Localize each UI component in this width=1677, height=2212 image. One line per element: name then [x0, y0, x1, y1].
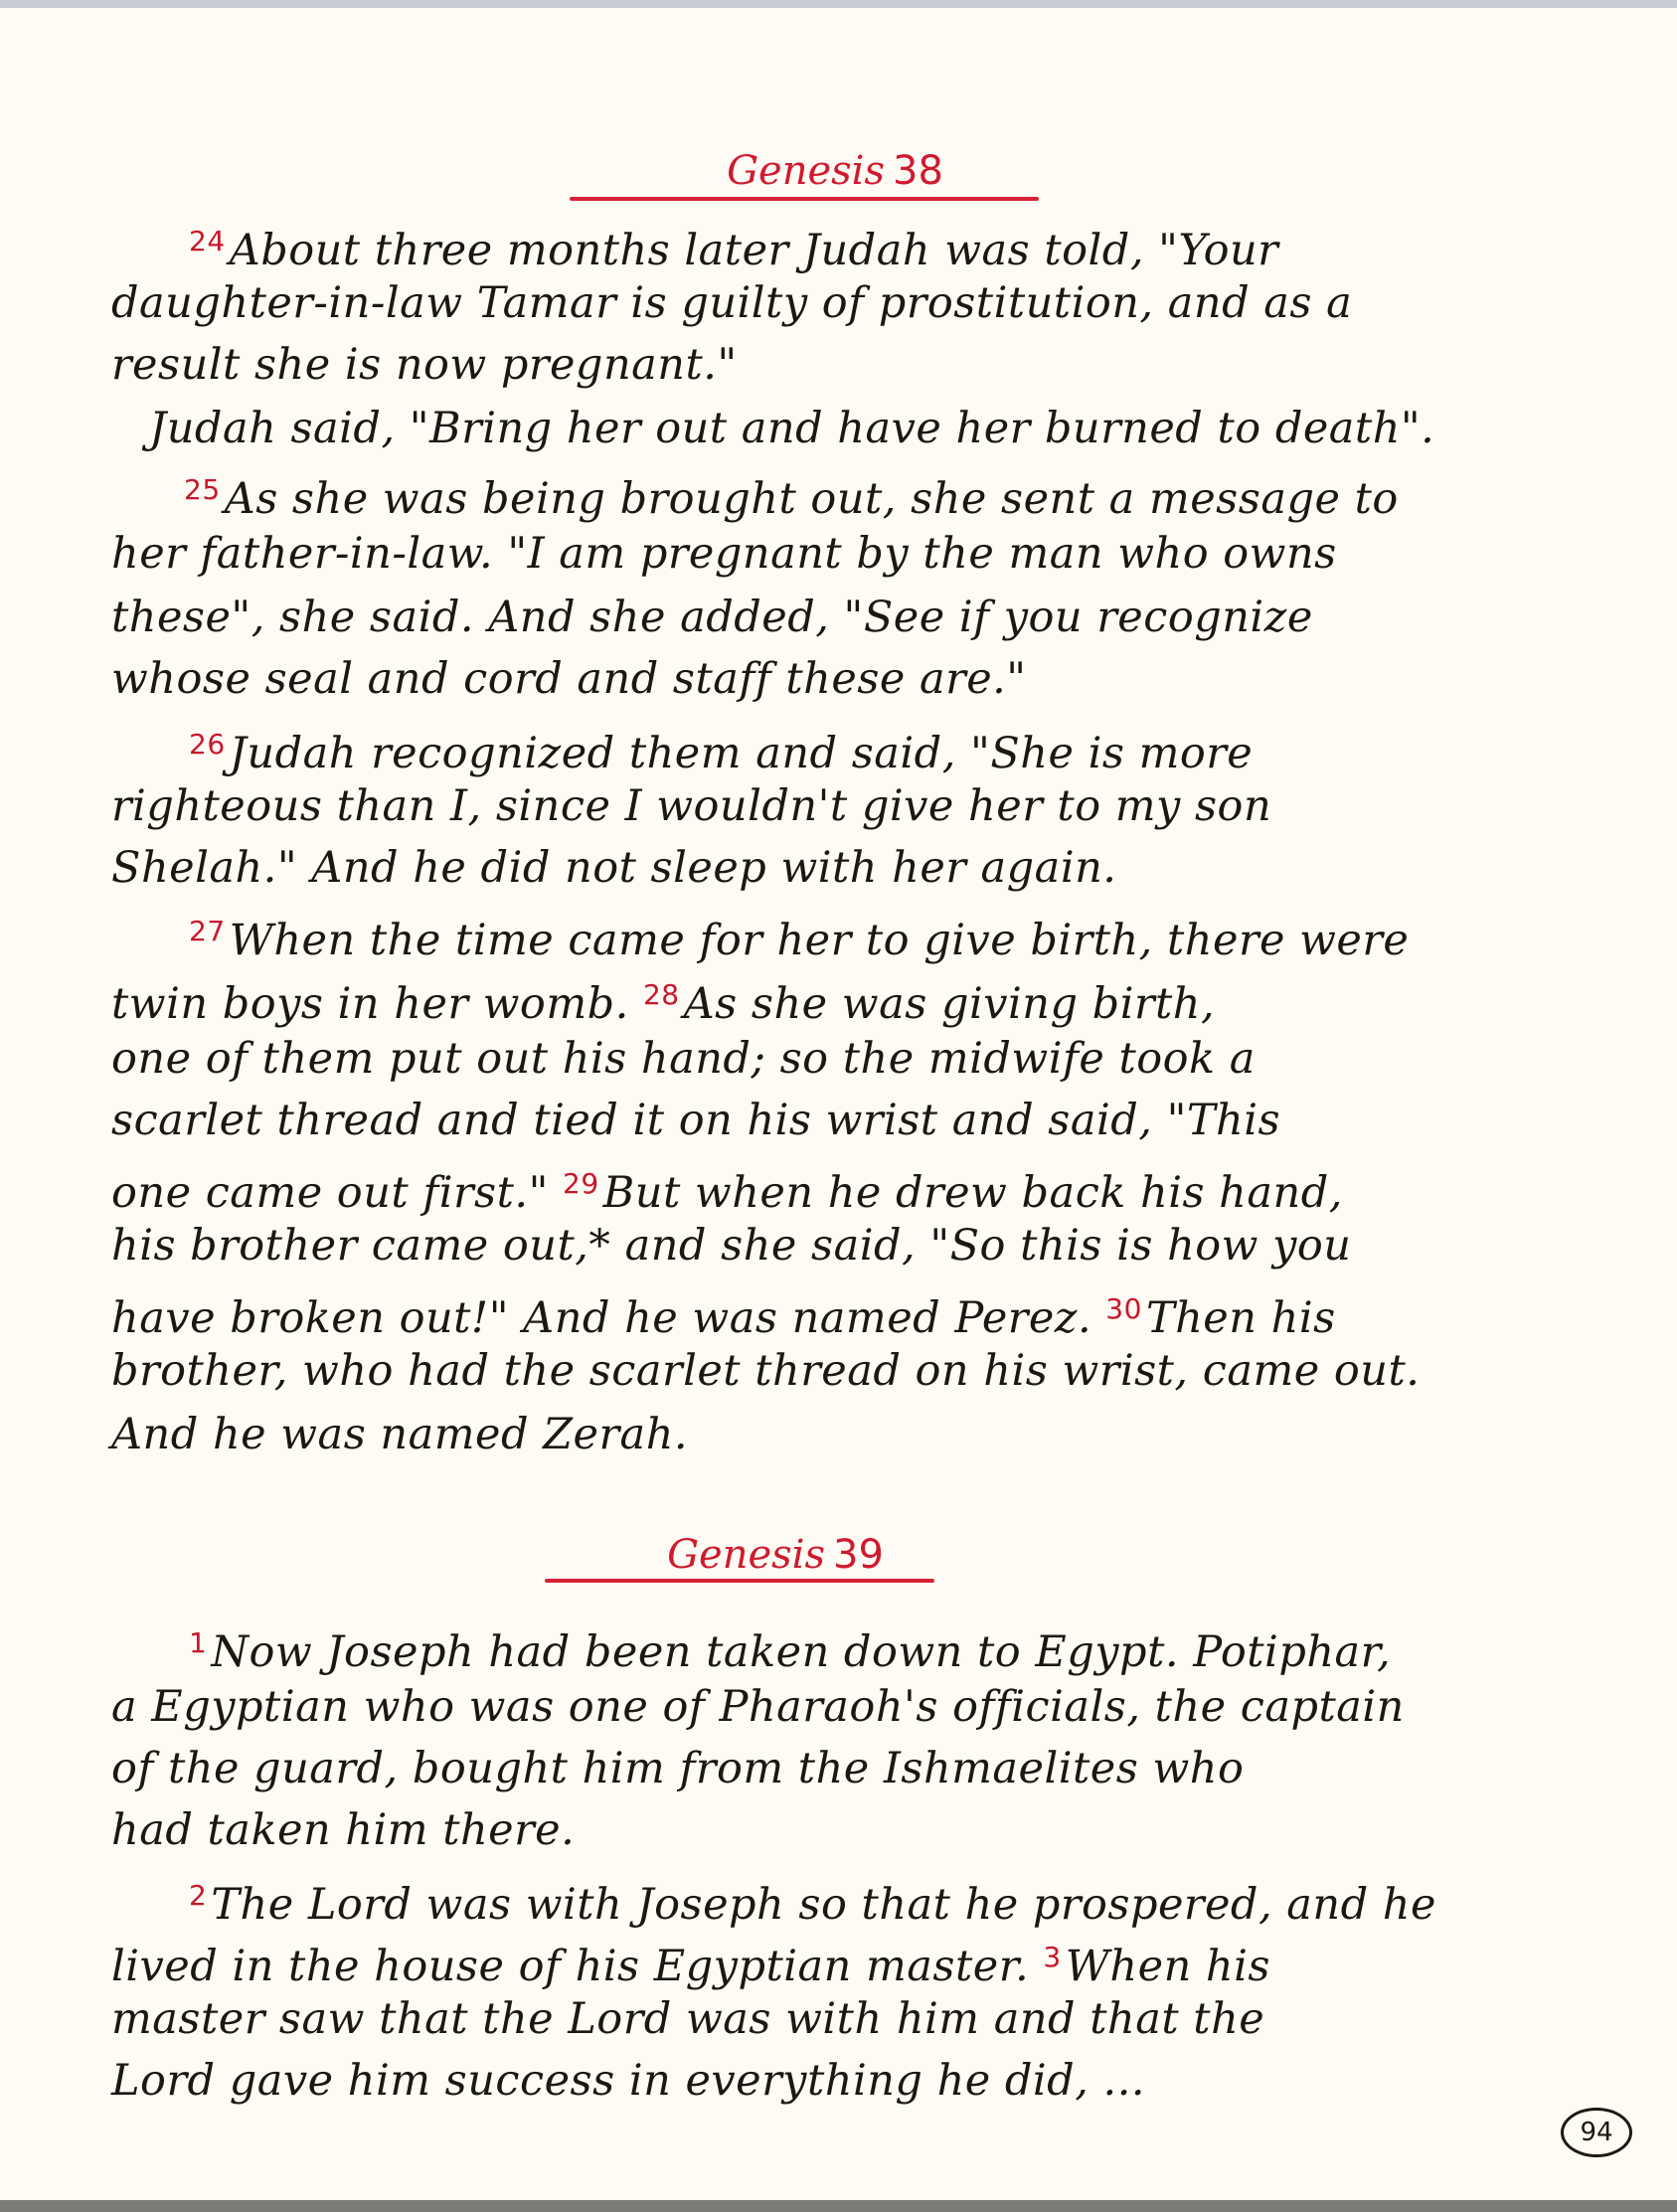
text-line: master saw that the Lord was with him an… [111, 1988, 1583, 2050]
heading-book: Genesis [727, 148, 885, 194]
text-line: whose seal and cord and staff these are.… [111, 648, 1583, 710]
heading-chapter: 38 [893, 148, 943, 194]
text-line: her father-in-law. "I am pregnant by the… [111, 523, 1583, 585]
verse-text: brother, who had the scarlet thread on h… [111, 1346, 1420, 1396]
text-line: result she is now pregnant." [111, 334, 1583, 396]
verse-text: righteous than I, since I wouldn't give … [111, 781, 1271, 831]
heading-chapter: 39 [833, 1532, 884, 1578]
text-line: one of them put out his hand; so the mid… [111, 1028, 1583, 1090]
verse-text: these", she said. And she added, "See if… [111, 593, 1313, 642]
verse-text: master saw that the Lord was with him an… [111, 1994, 1264, 2044]
verse-text: Judah said, "Bring her out and have her … [149, 404, 1434, 453]
verse-text: Then his [1146, 1293, 1336, 1343]
verse-text: When the time came for her to give birth… [230, 916, 1410, 965]
text-line: 24About three months later Judah was tol… [189, 211, 1660, 281]
verse-text: Now Joseph had been taken down to Egypt.… [211, 1627, 1391, 1677]
verse-number: 3 [1043, 1941, 1061, 1973]
verse-text: As she was being brought out, she sent a… [225, 474, 1399, 524]
verse-text: And he was named Zerah. [111, 1410, 688, 1459]
verse-text: daughter-in-law Tamar is guilty of prost… [111, 278, 1352, 328]
text-line: 25As she was being brought out, she sent… [184, 459, 1655, 530]
handwritten-page: Genesis38 24About three months later Jud… [0, 0, 1677, 2212]
verse-text: of the guard, bought him from the Ishmae… [111, 1744, 1244, 1793]
verse-number: 25 [184, 473, 221, 506]
text-line: righteous than I, since I wouldn't give … [111, 775, 1583, 837]
heading-underline [570, 197, 1039, 201]
scan-bottom-edge [0, 2200, 1677, 2212]
chapter-heading-genesis-38: Genesis38 [557, 147, 1113, 195]
verse-number: 2 [189, 1879, 207, 1912]
text-line: of the guard, bought him from the Ishmae… [111, 1738, 1583, 1799]
text-line: had taken him there. [111, 1799, 1583, 1861]
text-line: twin boys in her womb. 28As she was givi… [111, 964, 1583, 1035]
text-line: scarlet thread and tied it on his wrist … [111, 1090, 1583, 1151]
text-line: have broken out!" And he was named Perez… [111, 1278, 1583, 1349]
verse-number: 26 [189, 728, 226, 761]
verse-text: As she was giving birth, [684, 979, 1216, 1029]
verse-number: 30 [1105, 1292, 1142, 1325]
chapter-heading-genesis-39: Genesis39 [537, 1531, 1014, 1579]
verse-text: twin boys in her womb. [111, 979, 629, 1029]
verse-text: Lord gave him success in everything he d… [111, 2056, 1145, 2106]
text-line: his brother came out,* and she said, "So… [111, 1215, 1583, 1276]
verse-text: her father-in-law. "I am pregnant by the… [111, 529, 1337, 579]
page-number: 94 [1561, 2108, 1632, 2157]
text-line: Shelah." And he did not sleep with her a… [111, 837, 1583, 899]
verse-text: When his [1066, 1942, 1270, 1991]
text-line: 2The Lord was with Joseph so that he pro… [189, 1865, 1660, 1936]
text-line: 1Now Joseph had been taken down to Egypt… [189, 1613, 1660, 1683]
verse-text: one came out first." [111, 1168, 549, 1218]
text-line: 26Judah recognized them and said, "She i… [189, 714, 1660, 784]
text-line: Judah said, "Bring her out and have her … [149, 398, 1620, 459]
heading-book: Genesis [667, 1532, 825, 1578]
verse-number: 29 [563, 1167, 599, 1200]
verse-text: lived in the house of his Egyptian maste… [111, 1942, 1029, 1991]
verse-text: one of them put out his hand; so the mid… [111, 1034, 1256, 1084]
verse-number: 28 [643, 978, 680, 1011]
verse-number: 27 [189, 915, 226, 947]
verse-text: had taken him there. [111, 1805, 575, 1855]
verse-number: 24 [189, 225, 226, 257]
heading-underline [545, 1579, 934, 1583]
verse-text: whose seal and cord and staff these are.… [111, 654, 1027, 704]
text-line: a Egyptian who was one of Pharaoh's offi… [111, 1676, 1583, 1738]
text-line: 27When the time came for her to give bir… [189, 901, 1660, 971]
verse-number: 1 [189, 1626, 207, 1659]
verse-text: But when he drew back his hand, [603, 1168, 1343, 1218]
verse-text: his brother came out,* and she said, "So… [111, 1221, 1352, 1271]
verse-text: a Egyptian who was one of Pharaoh's offi… [111, 1682, 1405, 1732]
text-line: brother, who had the scarlet thread on h… [111, 1340, 1583, 1402]
verse-text: The Lord was with Joseph so that he pros… [211, 1880, 1436, 1930]
text-line: one came out first." 29But when he drew … [111, 1153, 1583, 1224]
verse-text: Shelah." And he did not sleep with her a… [111, 843, 1116, 893]
verse-text: About three months later Judah was told,… [230, 226, 1279, 275]
text-line: daughter-in-law Tamar is guilty of prost… [111, 272, 1583, 334]
verse-text: scarlet thread and tied it on his wrist … [111, 1096, 1280, 1145]
verse-text: Judah recognized them and said, "She is … [230, 729, 1254, 778]
text-line: Lord gave him success in everything he d… [111, 2050, 1583, 2112]
text-line: lived in the house of his Egyptian maste… [111, 1927, 1583, 1997]
text-line: And he was named Zerah. [111, 1404, 1583, 1465]
text-line: these", she said. And she added, "See if… [111, 587, 1583, 648]
verse-text: have broken out!" And he was named Perez… [111, 1293, 1091, 1343]
verse-text: result she is now pregnant." [111, 340, 738, 390]
